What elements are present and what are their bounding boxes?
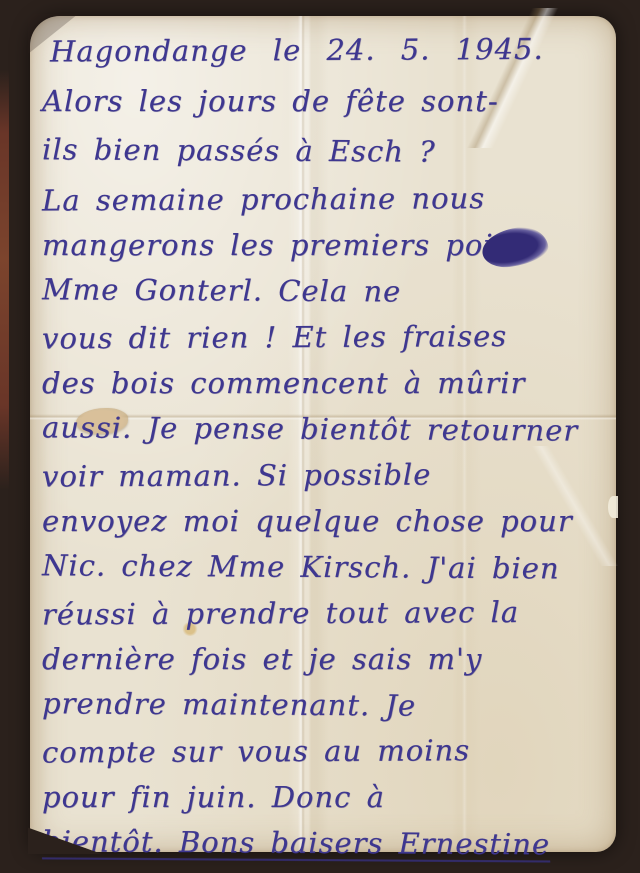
letter-body: Hagondange le 24. 5. 1945. Alors les jou… (42, 24, 610, 848)
letter-line: réussi à prendre tout avec la (42, 589, 610, 638)
letter-line: envoyez moi quelque chose pour (42, 498, 610, 544)
letter-line: pour fin juin. Donc à (42, 774, 610, 820)
letter-line: compte sur vous au moins (42, 727, 610, 776)
album-edge-strip (0, 70, 9, 490)
letter-line: voir maman. Si possible (42, 451, 610, 500)
letter-dateline: Hagondange le 24. 5. 1945. (42, 23, 610, 78)
letter-line: La semaine prochaine nous (42, 175, 610, 224)
letter-line: des bois commencent à mûrir (42, 360, 610, 406)
letter-line: prendre maintenant. Je (42, 680, 610, 729)
letter-line: Nic. chez Mme Kirsch. J'ai bien (42, 542, 610, 591)
letter-line: Mme Gonterl. Cela ne (42, 266, 610, 315)
letter-line: dernière fois et je sais m'y (42, 636, 610, 682)
letter-signature-line: bientôt. Bons baisers Ernestine (42, 818, 610, 867)
letter-line: aussi. Je pense bientôt retourner (42, 404, 610, 453)
letter-line: ils bien passés à Esch ? (42, 124, 610, 177)
scan-backdrop: Hagondange le 24. 5. 1945. Alors les jou… (0, 0, 640, 873)
letter-line: vous dit rien ! Et les fraises (42, 313, 610, 362)
postcard: Hagondange le 24. 5. 1945. Alors les jou… (30, 16, 616, 852)
letter-line: Alors les jours de fête sont- (42, 76, 610, 126)
